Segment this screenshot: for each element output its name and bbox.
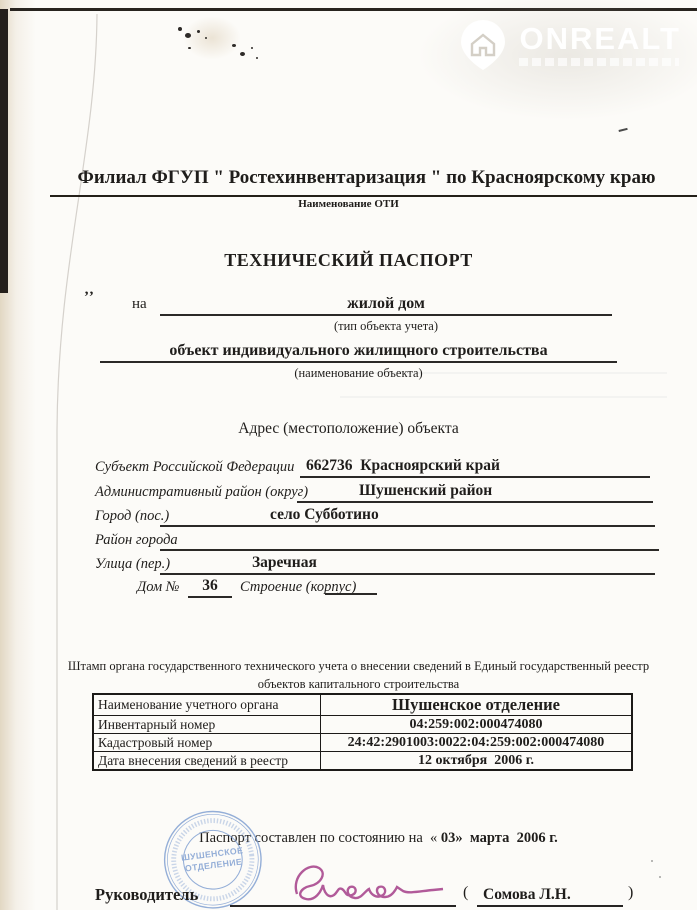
- ink-speck: [185, 33, 191, 38]
- preposition-label: на: [132, 296, 147, 313]
- field-value-line: 662736 Красноярский край: [300, 454, 650, 478]
- object-name-line: объект индивидуального жилищного строите…: [100, 340, 617, 363]
- field-value-line: село Субботино: [160, 503, 655, 527]
- watermark-text: ONREALT: [519, 24, 681, 66]
- address-field-row: Район города: [0, 529, 697, 551]
- paper-stain: [183, 16, 241, 60]
- watermark-tagline: [519, 58, 679, 66]
- ink-speck: [651, 860, 653, 862]
- address-field-row: Город (пос.) село Субботино: [0, 505, 697, 527]
- address-heading: Адрес (местоположение) объекта: [0, 420, 697, 438]
- table-row: Инвентарный номер 04:259:002:000474080: [93, 716, 632, 734]
- address-field-row: Улица (пер.) Заречная: [0, 553, 697, 575]
- paren-close: ): [628, 884, 633, 902]
- table-row-label: Дата внесения сведений в реестр: [93, 752, 321, 771]
- address-field-row: Субъект Российской Федерации 662736 Крас…: [0, 456, 697, 478]
- field-value-line: Заречная: [160, 551, 655, 575]
- field-label: Город (пос.): [95, 508, 169, 525]
- address-field-row: Административный район (округ) Шушенский…: [0, 481, 697, 503]
- house-number-line: 36: [188, 574, 232, 598]
- organization-name: Филиал ФГУП " Ростехинвентаризация " по …: [40, 167, 693, 189]
- ink-speck: [178, 27, 182, 31]
- paren-open: (: [463, 884, 468, 902]
- field-label: Субъект Российской Федерации: [95, 459, 294, 476]
- ink-speck: [205, 37, 207, 39]
- ink-speck: [659, 876, 661, 878]
- registry-note-line2: объектов капитального строительства: [60, 677, 657, 692]
- ink-speck: [256, 57, 258, 59]
- field-value: Заречная: [160, 551, 655, 574]
- field-label: Улица (пер.): [95, 556, 170, 573]
- house-number-label: Дом №: [137, 579, 179, 596]
- object-type-value: жилой дом: [347, 295, 425, 312]
- table-row-value: Шушенское отделение: [321, 694, 633, 716]
- table-row-value: 24:42:2901003:0022:04:259:002:000474080: [321, 734, 633, 752]
- table-row-label: Наименование учетного органа: [93, 694, 321, 716]
- ink-speck: [232, 44, 236, 47]
- table-row-value: 12 октября 2006 г.: [321, 752, 633, 771]
- registry-note-line1: Штамп органа государственного техническо…: [60, 659, 657, 674]
- building-value-line: [325, 577, 377, 595]
- object-name-value: объект индивидуального жилищного строите…: [169, 342, 547, 359]
- onrealt-watermark: ONREALT: [457, 18, 681, 72]
- table-row-label: Кадастровый номер: [93, 734, 321, 752]
- table-row-value: 04:259:002:000474080: [321, 716, 633, 734]
- house-number-row: Дом № 36 Строение (корпус): [0, 576, 697, 598]
- bleed-through-line: [340, 396, 667, 398]
- organization-caption: Наименование ОТИ: [0, 198, 697, 210]
- ink-speck: [197, 30, 200, 33]
- signatory-name: Сомова Л.Н.: [477, 884, 623, 905]
- ink-speck: [188, 47, 191, 49]
- object-type-caption: (тип объекта учета): [160, 319, 612, 334]
- field-value: Шушенский район: [297, 479, 653, 502]
- position-label: Руководитель: [95, 885, 198, 905]
- table-row: Дата внесения сведений в реестр 12 октяб…: [93, 752, 632, 771]
- document-title: ТЕХНИЧЕСКИЙ ПАСПОРТ: [0, 250, 697, 271]
- field-value: село Субботино: [160, 503, 655, 526]
- field-label: Административный район (округ): [95, 484, 308, 501]
- scanned-technical-passport-page: ONREALT Филиал ФГУП " Ростехинвентаризац…: [0, 0, 697, 910]
- object-name-caption: (наименование объекта): [100, 366, 617, 381]
- watermark-brand: ONREALT: [519, 24, 681, 54]
- object-type-line: жилой дом: [160, 293, 612, 316]
- compiled-date-value: 03» марта 2006 г.: [441, 830, 558, 846]
- house-number-value: 36: [188, 574, 232, 597]
- table-row: Наименование учетного органа Шушенское о…: [93, 694, 632, 716]
- header-underline: [50, 195, 697, 197]
- house-pin-icon: [457, 18, 509, 72]
- field-value-line: [160, 527, 659, 551]
- handwritten-signature: [283, 856, 448, 910]
- ink-speck: [251, 47, 253, 49]
- table-row-label: Инвентарный номер: [93, 716, 321, 734]
- table-row: Кадастровый номер 24:42:2901003:0022:04:…: [93, 734, 632, 752]
- ink-speck: [240, 52, 245, 56]
- field-value-line: Шушенский район: [297, 479, 653, 503]
- field-value: 662736 Красноярский край: [300, 454, 650, 477]
- handwritten-quote-mark: ’’: [84, 289, 95, 306]
- registry-table: Наименование учетного органа Шушенское о…: [92, 693, 633, 771]
- signatory-name-line: Сомова Л.Н.: [477, 884, 623, 907]
